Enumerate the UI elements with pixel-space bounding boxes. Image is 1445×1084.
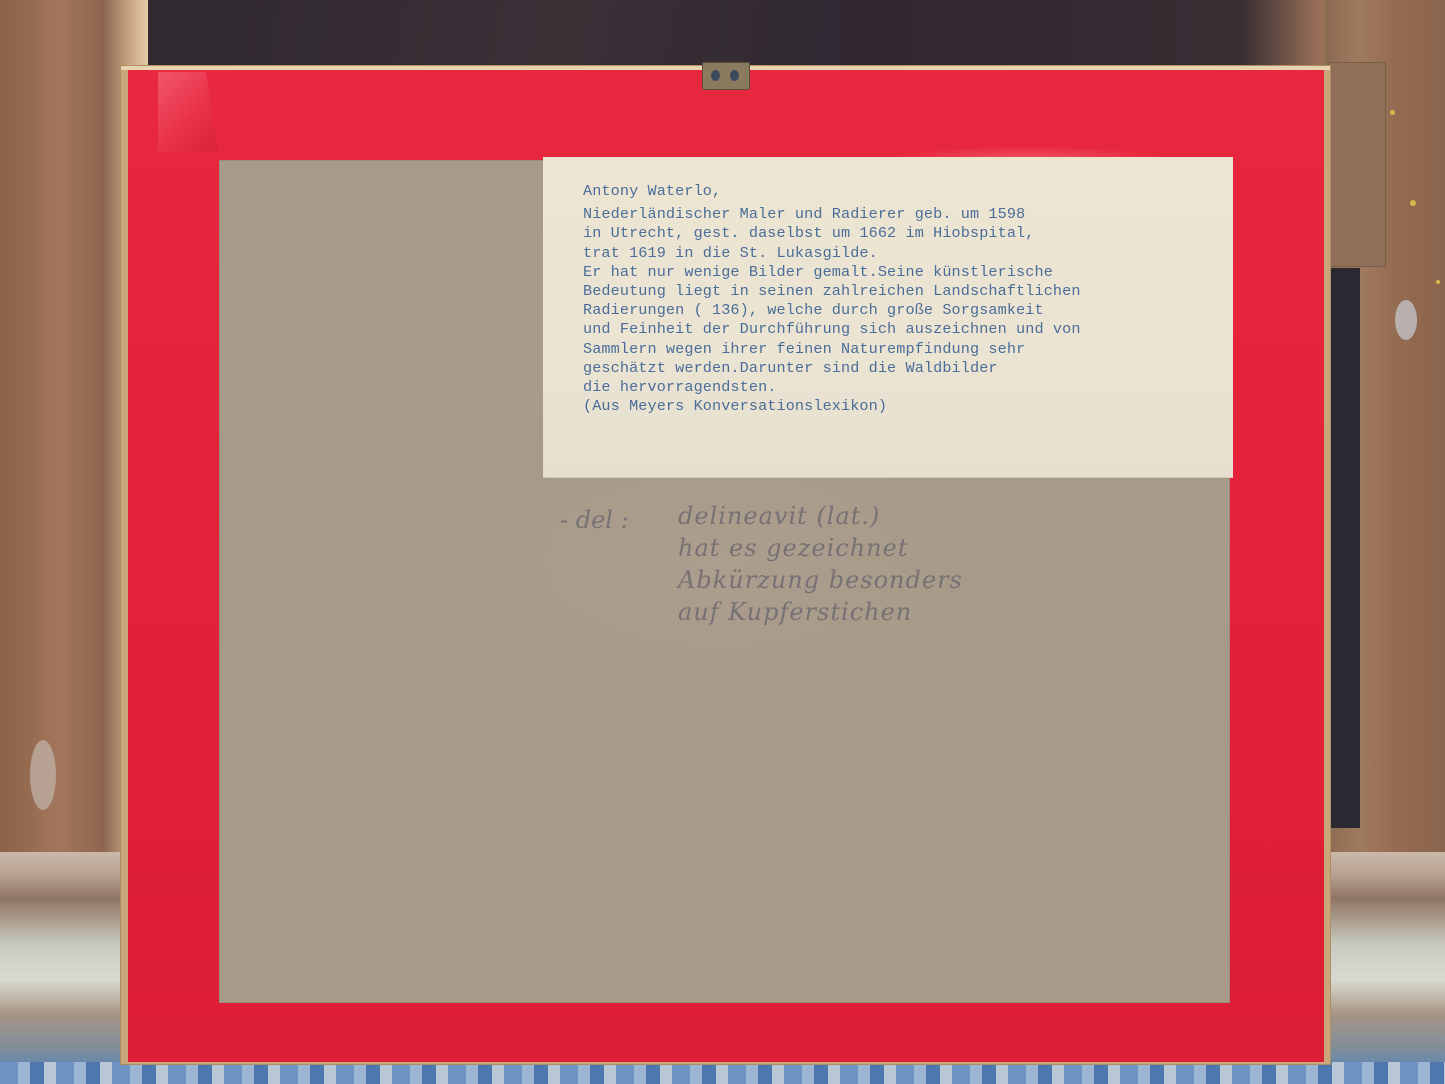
hanger-clip-icon xyxy=(702,62,750,90)
pencil-note-line: Abkürzung besonders xyxy=(678,564,963,596)
label-line: Sammlern wegen ihrer feinen Naturempfind… xyxy=(583,340,1223,359)
hanger-hole xyxy=(711,70,720,81)
easel-ledge-paint xyxy=(0,1062,1445,1084)
label-line: Er hat nur wenige Bilder gemalt.Seine kü… xyxy=(583,263,1223,282)
label-line: (Aus Meyers Konversationslexikon) xyxy=(583,397,1223,416)
hanger-hole xyxy=(730,70,739,81)
paint-speck xyxy=(1410,200,1416,206)
pencil-note-line: delineavit (lat.) xyxy=(678,500,963,532)
label-line: Niederländischer Maler und Radierer geb.… xyxy=(583,205,1223,224)
label-line: in Utrecht, gest. daselbst um 1662 im Hi… xyxy=(583,224,1223,243)
label-line: trat 1619 in die St. Lukasgilde. xyxy=(583,244,1223,263)
pencil-note: - del : delineavit (lat.) hat es gezeich… xyxy=(560,500,1120,650)
easel-right-block xyxy=(1328,62,1386,267)
typed-label: Antony Waterlo, Niederländischer Maler u… xyxy=(543,157,1233,477)
pencil-note-line: auf Kupferstichen xyxy=(678,596,963,628)
label-title: Antony Waterlo, xyxy=(583,182,1223,201)
paint-speck xyxy=(1390,110,1395,115)
label-line: Bedeutung liegt in seinen zahlreichen La… xyxy=(583,282,1223,301)
label-line: und Feinheit der Durchführung sich ausze… xyxy=(583,320,1223,339)
pencil-note-line: hat es gezeichnet xyxy=(678,532,963,564)
pencil-note-prefix: - del : xyxy=(560,506,629,534)
paint-speck xyxy=(1395,300,1417,340)
background-top-right xyxy=(842,0,1342,66)
label-line: die hervorragendsten. xyxy=(583,378,1223,397)
label-line: Radierungen ( 136), welche durch große S… xyxy=(583,301,1223,320)
easel-right-gap xyxy=(1326,268,1360,828)
label-line: geschätzt werden.Darunter sind die Waldb… xyxy=(583,359,1223,378)
paint-speck xyxy=(30,740,56,810)
paint-speck xyxy=(1436,280,1440,284)
